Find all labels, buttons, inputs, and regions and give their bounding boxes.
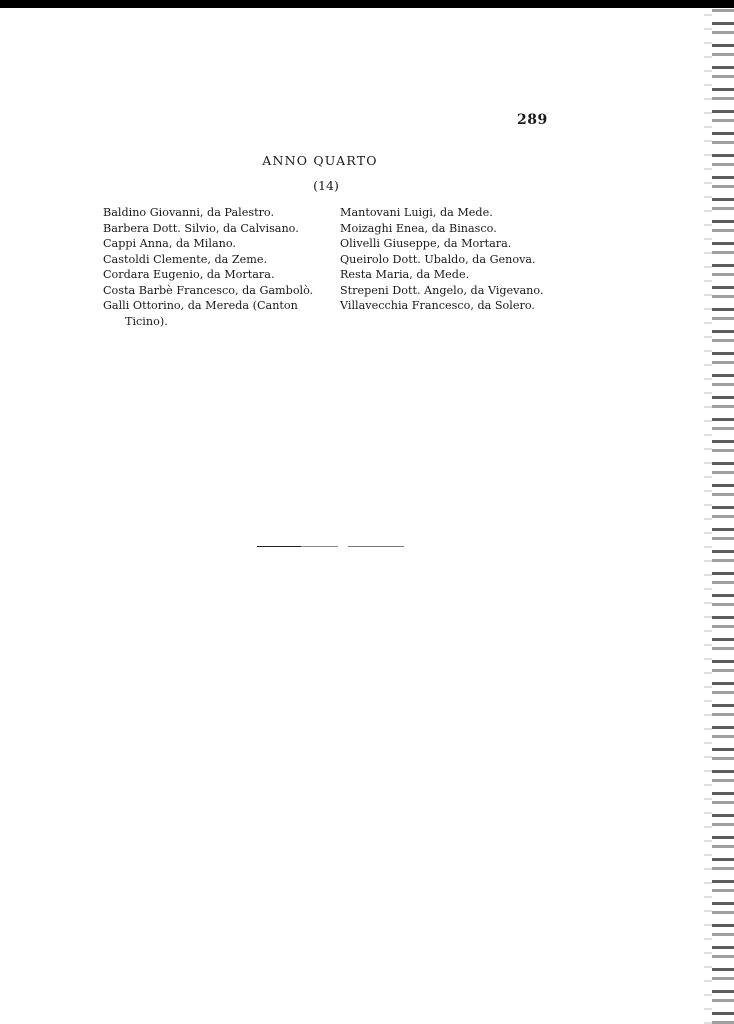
list-item: Castoldi Clemente, da Zeme. — [103, 252, 323, 268]
list-item: Barbera Dott. Silvio, da Calvisano. — [103, 221, 323, 237]
list-item: Baldino Giovanni, da Palestro. — [103, 205, 323, 221]
page-number: 289 — [517, 112, 548, 128]
name-list-right: Mantovani Luigi, da Mede. Moizaghi Enea,… — [340, 205, 570, 314]
section-number: (14) — [0, 178, 652, 193]
list-item-text: Galli Ottorino, da Mereda (Canton — [103, 299, 298, 312]
scan-border-top — [0, 0, 734, 8]
scan-border-right — [712, 0, 734, 1024]
list-item: Resta Maria, da Mede. — [340, 267, 570, 283]
list-item: Villavecchia Francesco, da Solero. — [340, 298, 570, 314]
list-item: Costa Barbè Francesco, da Gambolò. — [103, 283, 323, 299]
section-divider — [257, 546, 404, 547]
name-list-left: Baldino Giovanni, da Palestro. Barbera D… — [103, 205, 323, 329]
list-item: Strepeni Dott. Angelo, da Vigevano. — [340, 283, 570, 299]
scan-edge-shadow — [704, 0, 712, 1024]
list-item: Cappi Anna, da Milano. — [103, 236, 323, 252]
list-item: Galli Ottorino, da Mereda (Canton Ticino… — [103, 298, 323, 329]
list-item: Olivelli Giuseppe, da Mortara. — [340, 236, 570, 252]
section-title: ANNO QUARTO — [0, 153, 640, 168]
list-item-continuation: Ticino). — [103, 314, 323, 330]
list-item: Mantovani Luigi, da Mede. — [340, 205, 570, 221]
list-item: Cordara Eugenio, da Mortara. — [103, 267, 323, 283]
list-item: Queirolo Dott. Ubaldo, da Genova. — [340, 252, 570, 268]
list-item: Moizaghi Enea, da Binasco. — [340, 221, 570, 237]
